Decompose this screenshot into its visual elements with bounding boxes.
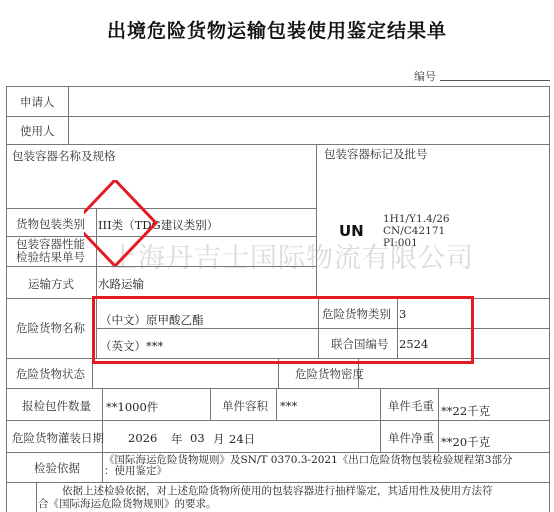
goods-name-label: 危险货物名称	[16, 320, 85, 336]
net-weight-value: **20千克	[441, 434, 490, 450]
container-mark-line-1: 1H1/Y1.4/26	[383, 213, 450, 225]
container-mark-line-2: CN/C42171	[383, 225, 445, 237]
container-mark-label: 包装容器标记及批号	[324, 146, 428, 162]
basis-label: 检验依据	[34, 460, 80, 476]
state-label: 危险货物状态	[16, 366, 85, 382]
net-weight-label: 单件净重	[388, 430, 434, 446]
applicant-label: 申请人	[20, 94, 55, 110]
serial-field[interactable]	[440, 80, 550, 81]
gross-weight-value: **22千克	[441, 403, 490, 419]
container-name-label: 包装容器名称及规格	[12, 148, 116, 164]
gross-weight-label: 单件毛重	[388, 398, 434, 414]
fill-date-label: 危险货物灌装日期	[12, 430, 104, 446]
company-watermark: 上海丹吉士国际物流有限公司	[110, 236, 474, 275]
density-label: 危险货物密度	[295, 366, 364, 382]
fill-date-year-unit: 年	[171, 431, 183, 447]
red-diamond-annotation	[84, 180, 164, 266]
basis-line-2: ：使用鉴定》	[104, 466, 167, 477]
document-title: 出境危险货物运输包装使用鉴定结果单	[0, 16, 554, 43]
volume-value: ***	[280, 399, 297, 413]
transport-value: 水路运输	[98, 276, 144, 292]
conclusion-line-1: 依据上述检验依据，对上述危险货物所使用的包装容器进行抽样鉴定，其适用性及使用方法…	[62, 485, 493, 498]
quantity-value: **1000件	[106, 399, 158, 415]
red-highlight-box	[92, 296, 474, 364]
serial-label: 编号	[414, 68, 436, 84]
fill-date-day: 24日	[229, 431, 255, 447]
volume-label: 单件容积	[222, 398, 268, 414]
packing-group-label: 货物包装类别	[16, 216, 85, 232]
transport-label: 运输方式	[28, 276, 74, 292]
fill-date-year: 2026	[128, 431, 157, 445]
fill-date-month: 03	[190, 431, 205, 445]
perf-report-label-2: 检验结果单号	[16, 251, 85, 264]
user-field[interactable]	[74, 123, 544, 141]
un-symbol: UN	[339, 222, 364, 240]
applicant-field[interactable]	[74, 94, 544, 112]
user-label: 使用人	[20, 123, 55, 139]
fill-date-month-unit: 月	[213, 431, 225, 447]
quantity-label: 报检包件数量	[22, 398, 91, 414]
conclusion-line-2: 合《国际海运危险货物规则》的要求。	[38, 498, 217, 511]
container-mark-line-3: PI:001	[383, 237, 418, 249]
